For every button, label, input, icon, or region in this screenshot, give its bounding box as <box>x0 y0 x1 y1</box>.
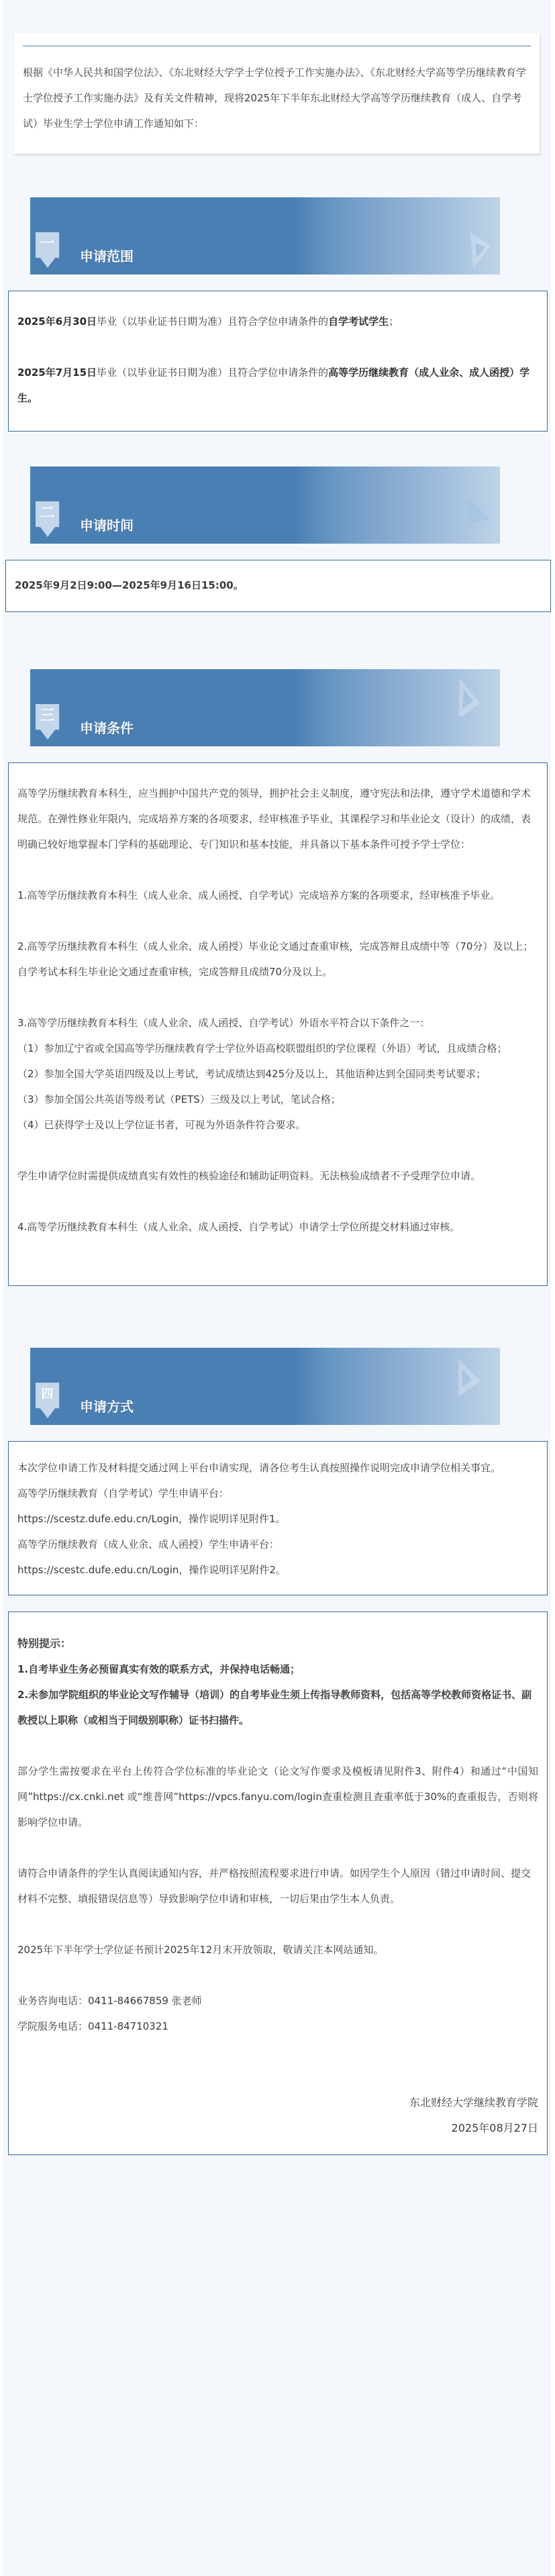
section-number: 三 <box>36 707 59 726</box>
spacer <box>17 2065 538 2090</box>
triangle-outline-icon <box>457 679 481 716</box>
notice-tip-1: 1.自考毕业生务必预留真实有效的联系方式，并保持电话畅通； <box>17 1656 538 1682</box>
condition-item-4: 4.高等学历继续教育本科生（成人业余、成人函授、自学考试）申请学士学位所提交材料… <box>17 1214 538 1240</box>
platform-1-line: https://scestz.dufe.edu.cn/Login，操作说明详见附… <box>17 1506 538 1532</box>
condition-item-3-sub-3: （3）参加全国公共英语等级考试（PETS）三级及以上考试，笔试合格； <box>17 1087 538 1112</box>
intro-card: 根据《中华人民共和国学位法》、《东北财经大学学士学位授予工作实施办法》、《东北财… <box>14 34 540 154</box>
spacer <box>17 1733 538 1758</box>
scope-date-2: 2025年7月15日 <box>17 366 97 379</box>
section-number: 二 <box>36 504 59 523</box>
spacer <box>17 985 538 1010</box>
spacer <box>17 2039 538 2065</box>
condition-item-3-sub-4: （4）已获得学士及以上学位证书者，可视为外语条件符合要求。 <box>17 1112 538 1138</box>
section-banner: 三 申请条件 <box>30 669 500 746</box>
spacer <box>17 334 538 360</box>
section-header-conditions: 三 申请条件 <box>30 669 323 746</box>
platform-1-label: 高等学历继续教育（自学考试）学生申请平台： <box>17 1481 538 1506</box>
platform-2-note: ，操作说明详见附件2。 <box>179 1564 286 1576</box>
application-period: 2025年9月2日9:00—2025年9月16日15:00。 <box>15 573 542 598</box>
condition-item-1: 1.高等学历继续教育本科生（成人业余、成人函授、自学考试）完成培养方案的各项要求… <box>17 883 538 908</box>
method-intro: 本次学位申请工作及材料提交通过网上平台申请实现，请各位考生认真按照操作说明完成申… <box>17 1455 538 1481</box>
signature-org: 东北财经大学继续教育学院 <box>17 2090 538 2116</box>
notice-title: 特别提示： <box>17 1631 538 1656</box>
section-number-badge: 二 <box>36 501 59 527</box>
scope-text-2: 毕业（以毕业证书日期为准）且符合学位申请条件的 <box>97 366 328 379</box>
signature-date: 2025年08月27日 <box>17 2116 538 2141</box>
scope-date-1: 2025年6月30日 <box>17 315 97 328</box>
divider <box>23 46 531 46</box>
spacer <box>17 1912 538 1937</box>
content-box-time: 2025年9月2日9:00—2025年9月16日15:00。 <box>5 560 551 612</box>
spacer <box>17 1240 538 1265</box>
section-header-time: 二 申请时间 <box>30 466 323 544</box>
phone-service: 学院服务电话：0411-84710321 <box>17 2014 538 2039</box>
phone-business: 业务咨询电话：0411-84667859 张老师 <box>17 1988 538 2014</box>
section-title: 申请时间 <box>80 515 134 534</box>
triangle-outline-icon <box>468 231 492 268</box>
spacer <box>17 857 538 883</box>
scope-paragraph-1: 2025年6月30日毕业（以毕业证书日期为准）且符合学位申请条件的自学考试学生； <box>17 309 538 334</box>
spacer <box>17 908 538 934</box>
notice-page: 根据《中华人民共和国学位法》、《东北财经大学学士学位授予工作实施办法》、《东北财… <box>3 0 551 2576</box>
platform-2-line: https://scestc.dufe.edu.cn/Login，操作说明详见附… <box>17 1557 538 1583</box>
arrow-shape-icon <box>468 500 492 538</box>
conditions-intro: 高等学历继续教育本科生，应当拥护中国共产党的领导，拥护社会主义制度，遵守宪法和法… <box>17 781 538 857</box>
section-header-scope: 一 申请范围 <box>30 197 323 275</box>
scope-end-1: ； <box>389 315 399 328</box>
notice-thesis: 部分学生需按要求在平台上传符合学位标准的毕业论文（论文写作要求及模板请见附件3、… <box>17 1758 538 1835</box>
section-banner: 四 申请方式 <box>30 1348 500 1425</box>
section-title: 申请方式 <box>80 1396 134 1416</box>
conditions-note: 学生申请学位时需提供成绩真实有效性的核验途径和辅助证明资料。无法核验成绩者不予受… <box>17 1163 538 1189</box>
condition-item-3-sub-2: （2）参加全国大学英语四级及以上考试，考试成绩达到425分及以上，其他语种达到全… <box>17 1061 538 1087</box>
section-number: 一 <box>36 235 59 254</box>
section-banner: 二 申请时间 <box>30 466 500 544</box>
condition-item-3: 3.高等学历继续教育本科生（成人业余、成人函授、自学考试）外语水平符合以下条件之… <box>17 1010 538 1036</box>
spacer <box>17 1835 538 1861</box>
scope-paragraph-2: 2025年7月15日毕业（以毕业证书日期为准）且符合学位申请条件的高等学历继续教… <box>17 360 538 411</box>
section-number-badge: 一 <box>36 232 59 258</box>
scope-target-1: 自学考试学生 <box>328 315 389 328</box>
content-box-conditions: 高等学历继续教育本科生，应当拥护中国共产党的领导，拥护社会主义制度，遵守宪法和法… <box>8 762 548 1286</box>
notice-tip-2: 2.未参加学院组织的毕业论文写作辅导（培训）的自考毕业生须上传指导教师资料，包括… <box>17 1682 538 1733</box>
content-box-method: 本次学位申请工作及材料提交通过网上平台申请实现，请各位考生认真按照操作说明完成申… <box>8 1441 548 1595</box>
intro-text: 根据《中华人民共和国学位法》、《东北财经大学学士学位授予工作实施办法》、《东北财… <box>23 60 531 136</box>
platform-2-link[interactable]: https://scestc.dufe.edu.cn/Login <box>17 1564 179 1576</box>
spacer <box>17 1189 538 1214</box>
triangle-outline-icon <box>457 1358 481 1396</box>
platform-2-label: 高等学历继续教育（成人业余、成人函授）学生申请平台： <box>17 1532 538 1557</box>
spacer <box>17 1138 538 1163</box>
platform-1-link[interactable]: https://scestz.dufe.edu.cn/Login <box>17 1513 179 1525</box>
condition-item-2: 2.高等学历继续教育本科生（成人业余、成人函授）毕业论文通过查重审核，完成答辩且… <box>17 934 538 985</box>
section-title: 申请范围 <box>80 246 134 265</box>
section-number-badge: 三 <box>36 704 59 730</box>
section-number-badge: 四 <box>36 1383 59 1408</box>
condition-item-3-sub-1: （1）参加辽宁省或全国高等学历继续教育学士学位外语高校联盟组织的学位课程（外语）… <box>17 1036 538 1061</box>
section-banner: 一 申请范围 <box>30 197 500 275</box>
spacer <box>17 1963 538 1988</box>
section-title: 申请条件 <box>80 717 134 737</box>
section-number: 四 <box>36 1385 59 1404</box>
content-box-scope: 2025年6月30日毕业（以毕业证书日期为准）且符合学位申请条件的自学考试学生；… <box>8 291 548 432</box>
notice-responsibility: 请符合申请条件的学生认真阅读通知内容，并严格按照流程要求进行申请。如因学生个人原… <box>17 1861 538 1912</box>
platform-1-note: ，操作说明详见附件1。 <box>179 1513 286 1525</box>
notice-certificate: 2025年下半年学士学位证书预计2025年12月末开放领取，敬请关注本网站通知。 <box>17 1937 538 1963</box>
section-header-method: 四 申请方式 <box>30 1348 323 1425</box>
content-box-notice: 特别提示： 1.自考毕业生务必预留真实有效的联系方式，并保持电话畅通； 2.未参… <box>8 1612 548 2155</box>
scope-text-1: 毕业（以毕业证书日期为准）且符合学位申请条件的 <box>97 315 328 328</box>
